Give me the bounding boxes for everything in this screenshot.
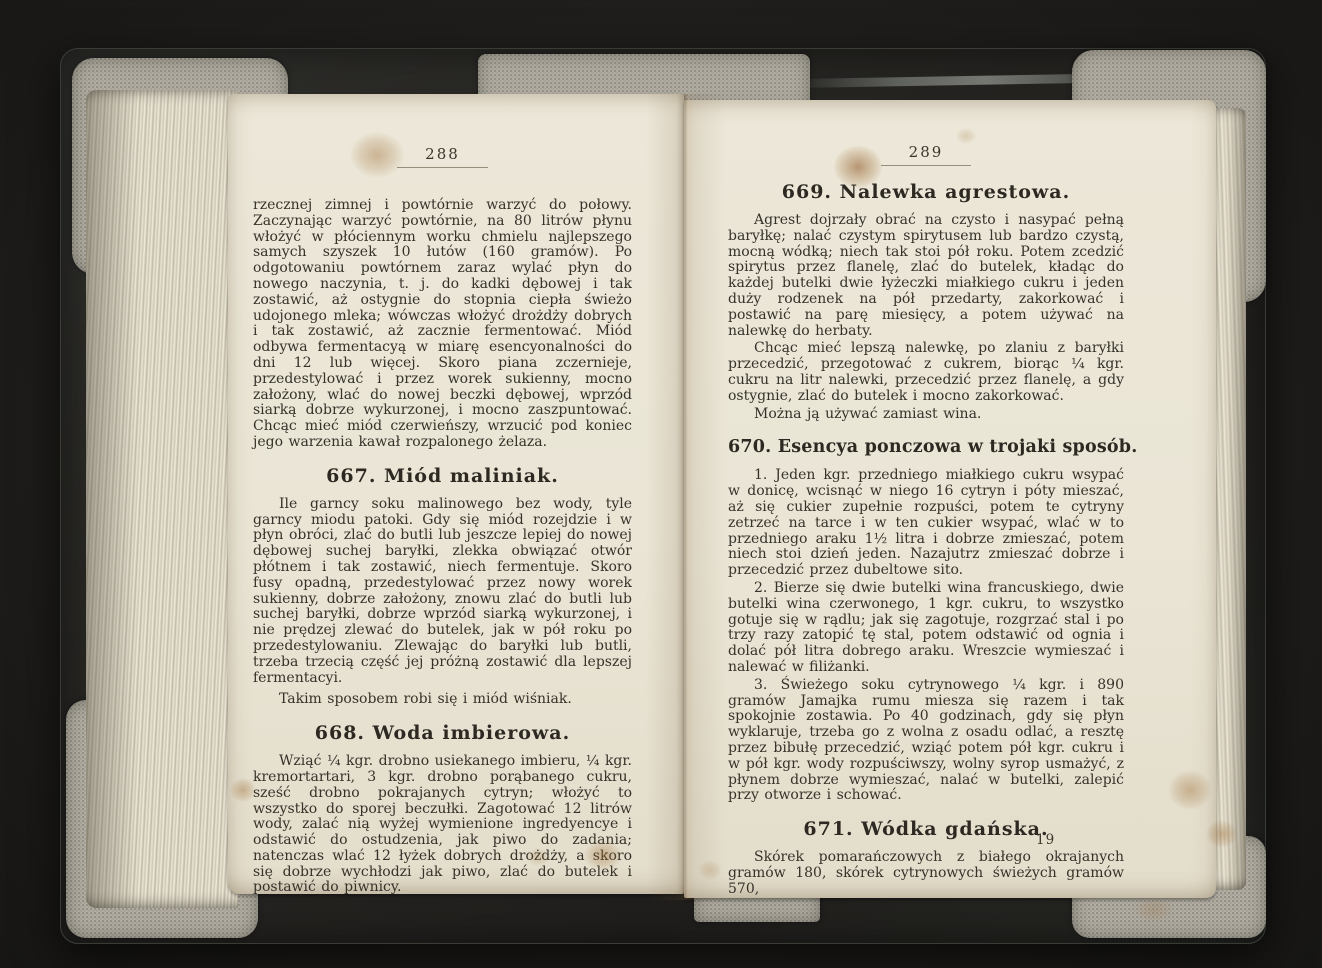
page-edges-left-stack	[86, 90, 238, 908]
book-photograph: 288 rzecznej zimnej i powtórnie warzyć d…	[0, 0, 1322, 968]
recipe-668-paragraph: Wziąć ¼ kgr. drobno usiekanego imbieru, …	[253, 754, 632, 896]
paragraph-continuation: rzecznej zimnej i powtórnie warzyć do po…	[253, 198, 632, 451]
recipe-669-paragraph-2: Chcąc mieć lepszą nalewkę, po zlaniu z b…	[728, 341, 1124, 404]
recipe-669-heading: 669. Nalewka agrestowa.	[728, 180, 1124, 204]
signature-mark: 19	[1036, 832, 1055, 848]
recipe-668-heading: 668. Woda imbierowa.	[253, 721, 632, 745]
book-page-left: 288 rzecznej zimnej i powtórnie warzyć d…	[228, 94, 684, 894]
page-number: 289	[881, 143, 972, 166]
recipe-669-paragraph-1: Agrest dojrzały obrać na czysto i nasypa…	[728, 213, 1124, 339]
recipe-670-heading: 670. Esencya ponczowa w trojaki sposób.	[728, 435, 1124, 459]
recipe-667-heading: 667. Miód maliniak.	[253, 464, 632, 488]
recipe-667-paragraph-1: Ile garncy soku malinowego bez wody, tyl…	[253, 497, 632, 687]
recipe-670-paragraph-3: 3. Świeżego soku cytrynowego ¼ kgr. i 89…	[728, 678, 1124, 804]
book-page-right: 289 669. Nalewka agrestowa. Agrest dojrz…	[684, 100, 1216, 898]
page-edges-right-stack	[1212, 108, 1246, 890]
recipe-670-paragraph-1: 1. Jeden kgr. przedniego miałkiego cukru…	[728, 468, 1124, 579]
recipe-671-paragraph: Skórek pomarańczowych z białego okrajany…	[728, 850, 1124, 897]
page-header: 288	[253, 144, 632, 168]
recipe-667-paragraph-2: Takim sposobem robi się i miód wiśniak.	[253, 692, 632, 708]
recipe-670-paragraph-2: 2. Bierze się dwie butelki wina francusk…	[728, 581, 1124, 676]
recipe-669-paragraph-3: Można ją używać zamiast wina.	[728, 407, 1124, 423]
recipe-671-heading: 671. Wódka gdańska.	[728, 817, 1124, 841]
page-header: 289	[728, 142, 1124, 166]
page-number: 288	[397, 145, 488, 168]
